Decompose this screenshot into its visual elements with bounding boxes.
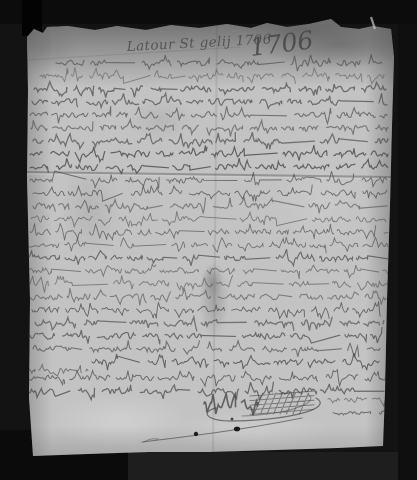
right-margin-shadow — [398, 0, 417, 480]
ink-blot — [231, 418, 234, 421]
top-margin-shadow — [0, 0, 417, 24]
film-edge-bar — [22, 0, 42, 36]
microfilm-frame: Latour St gelij 1706 1706 — [0, 0, 417, 480]
ink-blot — [194, 432, 198, 436]
manuscript-scan-svg: Latour St gelij 1706 1706 — [0, 0, 417, 480]
ink-blot — [234, 427, 240, 432]
